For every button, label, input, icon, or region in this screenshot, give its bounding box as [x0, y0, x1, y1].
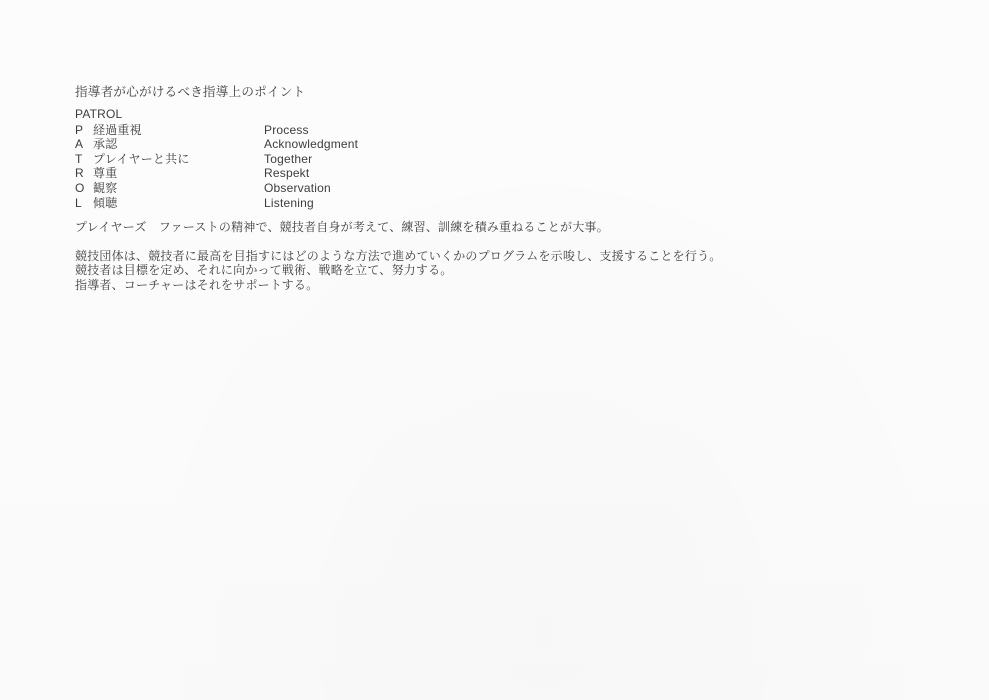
- patrol-term-en: Acknowledgment: [264, 137, 939, 152]
- lead-paragraph: プレイヤーズ ファーストの精神で、競技者自身が考えて、練習、訓練を積み重ねること…: [75, 220, 939, 235]
- patrol-term-ja: プレイヤーと共に: [93, 152, 264, 167]
- document-content: 指導者が心がけるべき指導上のポイント PATROL P 経過重視 Process…: [75, 85, 939, 293]
- patrol-row: P 経過重視 Process: [75, 123, 939, 138]
- patrol-term-ja: 経過重視: [93, 123, 264, 138]
- page-title: 指導者が心がけるべき指導上のポイント: [75, 85, 939, 100]
- patrol-letter: T: [75, 152, 93, 167]
- patrol-term-ja: 傾聴: [93, 196, 264, 211]
- patrol-term-en: Observation: [264, 181, 939, 196]
- patrol-letter: O: [75, 181, 93, 196]
- patrol-row: A 承認 Acknowledgment: [75, 137, 939, 152]
- patrol-letter: A: [75, 137, 93, 152]
- patrol-row: L 傾聴 Listening: [75, 196, 939, 211]
- body-line: 指導者、コーチャーはそれをサポートする。: [75, 278, 939, 293]
- patrol-term-ja: 承認: [93, 137, 264, 152]
- patrol-row: O 観察 Observation: [75, 181, 939, 196]
- patrol-list: P 経過重視 Process A 承認 Acknowledgment T プレイ…: [75, 123, 939, 211]
- patrol-term-ja: 観察: [93, 181, 264, 196]
- patrol-row: R 尊重 Respekt: [75, 166, 939, 181]
- patrol-term-en: Process: [264, 123, 939, 138]
- body-paragraph: 競技団体は、競技者に最高を目指すにはどのような方法で進めていくかのプログラムを示…: [75, 249, 939, 293]
- acronym-heading: PATROL: [75, 107, 939, 122]
- patrol-row: T プレイヤーと共に Together: [75, 152, 939, 167]
- body-line: 競技者は目標を定め、それに向かって戦術、戦略を立て、努力する。: [75, 263, 939, 278]
- patrol-letter: P: [75, 123, 93, 138]
- body-line: 競技団体は、競技者に最高を目指すにはどのような方法で進めていくかのプログラムを示…: [75, 249, 939, 264]
- patrol-term-ja: 尊重: [93, 166, 264, 181]
- patrol-letter: L: [75, 196, 93, 211]
- scanned-document-page: 指導者が心がけるべき指導上のポイント PATROL P 経過重視 Process…: [0, 0, 989, 700]
- patrol-letter: R: [75, 166, 93, 181]
- patrol-term-en: Respekt: [264, 166, 939, 181]
- patrol-term-en: Together: [264, 152, 939, 167]
- patrol-term-en: Listening: [264, 196, 939, 211]
